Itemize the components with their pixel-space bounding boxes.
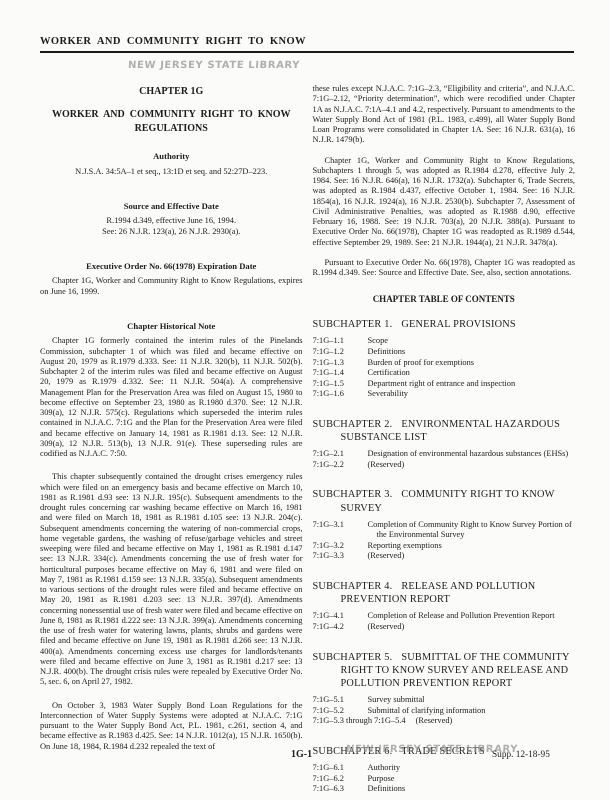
historical-paragraph: This chapter subsequently contained the … — [40, 472, 303, 687]
toc-entry: 7:1G–3.1Completion of Community Right to… — [313, 520, 576, 541]
toc-entry-code: 7:1G–6.3 — [313, 784, 368, 795]
toc-entry: 7:1G–6.3Definitions — [313, 784, 576, 795]
toc-entry: 7:1G–1.3Burden of proof for exemptions — [313, 358, 576, 369]
chapter-title: WORKER AND COMMUNITY RIGHT TO KNOW REGUL… — [40, 108, 303, 135]
toc-entry-title: (Reserved) — [368, 622, 405, 631]
source-line-2: See: 26 N.J.R. 123(a), 26 N.J.R. 2930(a)… — [40, 227, 303, 237]
chapter-number: CHAPTER 1G — [40, 86, 303, 98]
toc-entry-code: 7:1G–1.5 — [313, 379, 368, 390]
subchapter-heading: SUBCHAPTER 4.RELEASE AND POLLUTION PREVE… — [313, 580, 576, 606]
toc-entry-title: Purpose — [368, 774, 395, 783]
toc-entry-title: (Reserved) — [368, 551, 405, 560]
document-page: WORKER AND COMMUNITY RIGHT TO KNOW NEW J… — [0, 0, 610, 800]
toc-entry-title: Completion of Community Right to Know Su… — [368, 520, 572, 540]
toc-entry-title: Scope — [368, 336, 388, 345]
toc-entry-title: Submittal of clarifying information — [368, 706, 486, 715]
subchapter-label: SUBCHAPTER 2. — [313, 419, 393, 430]
toc-entry-code: 7:1G–2.2 — [313, 460, 368, 471]
toc-entry: 7:1G–5.1Survey submittal — [313, 695, 576, 706]
authority-text: N.J.S.A. 34:5A–1 et seq., 13:1D et seq. … — [40, 167, 303, 177]
toc-entry-code: 7:1G–1.1 — [313, 336, 368, 347]
toc-entry-title: Reporting exemptions — [368, 541, 442, 550]
toc-entry-title: (Reserved) — [416, 716, 453, 725]
subchapter-label: SUBCHAPTER 1. — [313, 319, 393, 330]
toc-entry-title: Burden of proof for exemptions — [368, 358, 475, 367]
toc-entry-title: Certification — [368, 368, 410, 377]
toc-entry: 7:1G–3.2Reporting exemptions — [313, 541, 576, 552]
page-body: CHAPTER 1G WORKER AND COMMUNITY RIGHT TO… — [40, 84, 575, 799]
expiration-paragraph: Chapter 1G, Worker and Community Right t… — [40, 276, 303, 297]
toc-entry-title: Department right of entrance and inspect… — [368, 379, 516, 388]
toc-entry: 7:1G–2.1Designation of environmental haz… — [313, 449, 576, 460]
toc-entry-title: (Reserved) — [368, 460, 405, 469]
page-number: 1G-1 — [291, 749, 312, 760]
toc-entry-list: 7:1G–5.1Survey submittal 7:1G–5.2Submitt… — [313, 695, 576, 727]
toc-entry: 7:1G–2.2(Reserved) — [313, 460, 576, 471]
subchapter-label: SUBCHAPTER 3. — [313, 489, 393, 500]
subchapter-heading: SUBCHAPTER 3.COMMUNITY RIGHT TO KNOW SUR… — [313, 488, 576, 514]
toc-entry: 7:1G–1.4Certification — [313, 368, 576, 379]
body-paragraph: Chapter 1G, Worker and Community Right t… — [313, 156, 576, 248]
authority-heading: Authority — [40, 151, 303, 161]
historical-note-heading: Chapter Historical Note — [40, 321, 303, 331]
source-heading: Source and Effective Date — [40, 201, 303, 211]
toc-entry-list: 7:1G–6.1Authority 7:1G–6.2Purpose 7:1G–6… — [313, 763, 576, 795]
toc-entry: 7:1G–3.3(Reserved) — [313, 551, 576, 562]
toc-entry-title: Definitions — [368, 784, 406, 793]
toc-entry-title: Definitions — [368, 347, 406, 356]
toc-entry-code: 7:1G–6.2 — [313, 774, 368, 785]
source-line-1: R.1994 d.349, effective June 16, 1994. — [40, 216, 303, 226]
toc-entry: 7:1G–6.2Purpose — [313, 774, 576, 785]
toc-entry-title: Authority — [368, 763, 401, 772]
subchapter-heading: SUBCHAPTER 5.SUBMITTAL OF THE COMMUNITY … — [313, 651, 576, 691]
toc-entry-title: Severability — [368, 389, 408, 398]
toc-entry: 7:1G–4.2(Reserved) — [313, 622, 576, 633]
toc-entry-code: 7:1G–5.1 — [313, 695, 368, 706]
expiration-heading: Executive Order No. 66(1978) Expiration … — [40, 261, 303, 271]
toc-entry-code: 7:1G–1.6 — [313, 389, 368, 400]
left-column: CHAPTER 1G WORKER AND COMMUNITY RIGHT TO… — [40, 84, 303, 799]
toc-entry-code: 7:1G–2.1 — [313, 449, 368, 460]
historical-paragraph: Chapter 1G formerly contained the interi… — [40, 336, 303, 459]
toc-entry: 7:1G–1.2Definitions — [313, 347, 576, 358]
toc-entry-title: Designation of environmental hazardous s… — [368, 449, 569, 458]
toc-entry: 7:1G–5.2Submittal of clarifying informat… — [313, 706, 576, 717]
subchapter-label: SUBCHAPTER 5. — [313, 652, 393, 663]
toc-entry-code: 7:1G–6.1 — [313, 763, 368, 774]
toc-entry-code: 7:1G–1.4 — [313, 368, 368, 379]
right-column: these rules except N.J.A.C. 7:1G–2.3, “E… — [313, 84, 576, 799]
toc-entry-code: 7:1G–3.3 — [313, 551, 368, 562]
toc-entry-code: 7:1G–5.2 — [313, 706, 368, 717]
toc-entry-title: Completion of Release and Pollution Prev… — [368, 611, 555, 620]
toc-entry: 7:1G–1.1Scope — [313, 336, 576, 347]
toc-entry: 7:1G–6.1Authority — [313, 763, 576, 774]
historical-paragraph: On October 3, 1983 Water Supply Bond Loa… — [40, 701, 303, 752]
toc-entry: 7:1G–4.1Completion of Release and Pollut… — [313, 611, 576, 622]
library-stamp-top: NEW JERSEY STATE LIBRARY — [128, 60, 301, 71]
toc-entry-code: 7:1G–1.3 — [313, 358, 368, 369]
running-header: WORKER AND COMMUNITY RIGHT TO KNOW — [40, 36, 574, 53]
subchapter-label: SUBCHAPTER 4. — [313, 581, 393, 592]
toc-entry-code: 7:1G–3.2 — [313, 541, 368, 552]
toc-entry-code: 7:1G–4.1 — [313, 611, 368, 622]
toc-entry: 7:1G–1.6Severability — [313, 389, 576, 400]
subchapter-name: GENERAL PROVISIONS — [401, 319, 516, 330]
toc-entry-code: 7:1G–4.2 — [313, 622, 368, 633]
toc-entry-code: 7:1G–3.1 — [313, 520, 368, 531]
toc-entry-code: 7:1G–1.2 — [313, 347, 368, 358]
toc-entry-list: 7:1G–1.1Scope 7:1G–1.2Definitions 7:1G–1… — [313, 336, 576, 399]
body-paragraph: these rules except N.J.A.C. 7:1G–2.3, “E… — [313, 84, 576, 146]
toc-entry-list: 7:1G–4.1Completion of Release and Pollut… — [313, 611, 576, 632]
toc-heading: CHAPTER TABLE OF CONTENTS — [313, 294, 576, 305]
supplement-date: Supp. 12-18-95 — [492, 750, 550, 760]
toc-entry-list: 7:1G–3.1Completion of Community Right to… — [313, 520, 576, 562]
toc-entry: 7:1G–1.5Department right of entrance and… — [313, 379, 576, 390]
toc-entry-code: 7:1G–5.3 through 7:1G–5.4 — [313, 716, 406, 727]
toc-entry-title: Survey submittal — [368, 695, 425, 704]
toc-entry-list: 7:1G–2.1Designation of environmental haz… — [313, 449, 576, 470]
body-paragraph: Pursuant to Executive Order No. 66(1978)… — [313, 258, 576, 279]
subchapter-heading: SUBCHAPTER 1.GENERAL PROVISIONS — [313, 318, 576, 331]
toc-entry: 7:1G–5.3 through 7:1G–5.4(Reserved) — [313, 716, 576, 727]
subchapter-heading: SUBCHAPTER 2.ENVIRONMENTAL HAZARDOUS SUB… — [313, 418, 576, 444]
